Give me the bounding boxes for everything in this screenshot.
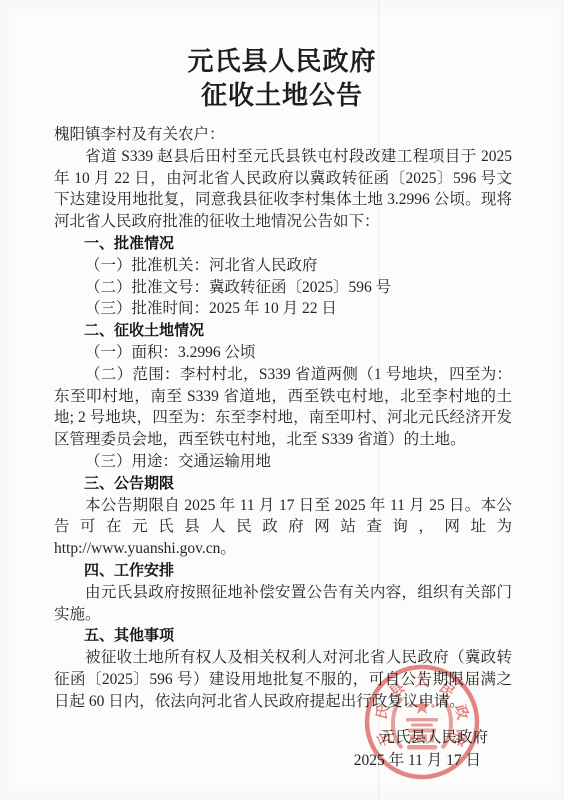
item-land-use: （三）用途：交通运输用地 [54,451,512,473]
heading-other-matters: 五、其他事项 [54,625,512,647]
paragraph-intro: 省道 S339 赵县后田村至元氏县铁屯村段改建工程项目于 2025 年 10 月… [54,146,512,233]
signature-issuer: 元氏县人民政府 [0,726,488,749]
doc-title-line2: 征收土地公告 [0,79,564,113]
paragraph-notice-period: 本公告期限自 2025 年 11 月 17 日至 2025 年 11 月 25 … [54,495,512,560]
item-approval-number: （二）批准文号：冀政转征函〔2025〕596 号 [54,277,512,299]
document-title: 元氏县人民政府 征收土地公告 [0,45,564,113]
signature-date: 2025 年 11 月 17 日 [0,749,488,772]
heading-land-info: 二、征收土地情况 [54,320,512,342]
item-approval-agency: （一）批准机关：河北省人民政府 [54,255,512,277]
paragraph-work-arrangement: 由元氏县政府按照征地补偿安置公告有关内容，组织有关部门实施。 [54,582,512,626]
item-land-area: （一）面积：3.2996 公顷 [54,342,512,364]
heading-notice-period: 三、公告期限 [54,473,512,495]
salutation: 槐阳镇李村及有关农户： [54,124,512,146]
heading-approval: 一、批准情况 [54,233,512,255]
signature-block: 元氏县人民政府 2025 年 11 月 17 日 [0,726,564,772]
heading-work-arrangement: 四、工作安排 [54,560,512,582]
paragraph-other-matters: 被征收土地所有权人及相关权利人对河北省人民政府（冀政转征函〔2025〕596 号… [54,647,512,712]
document-body: 槐阳镇李村及有关农户： 省道 S339 赵县后田村至元氏县铁屯村段改建工程项目于… [54,124,512,713]
doc-title-line1: 元氏县人民政府 [0,45,564,79]
item-approval-date: （三）批准时间：2025 年 10 月 22 日 [54,298,512,320]
scanned-document-page: 元氏县人民政府 征收土地公告 槐阳镇李村及有关农户： 省道 S339 赵县后田村… [0,0,564,800]
item-land-scope: （二）范围：李村村北，S339 省道两侧（1 号地块，四至为：东至叩村地，南至 … [54,364,512,451]
